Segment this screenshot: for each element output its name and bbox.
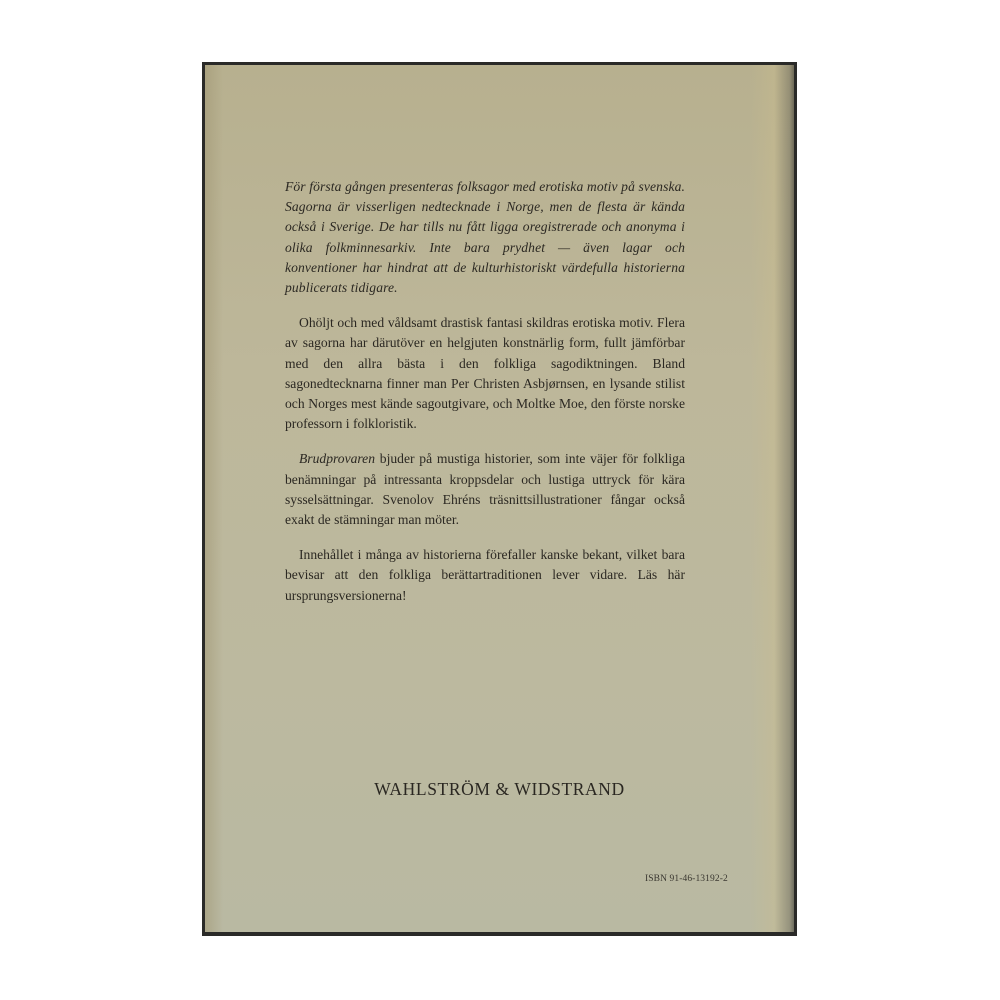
book-title: Brudprovaren (299, 451, 375, 466)
book-back-cover: För första gången presenteras folksagor … (202, 62, 797, 936)
closing-paragraph: Innehållet i många av historierna förefa… (285, 545, 685, 606)
isbn-number: ISBN 91-46-13192-2 (645, 874, 728, 884)
blurb-text: För första gången presenteras folksagor … (285, 177, 685, 621)
intro-paragraph: För första gången presenteras folksagor … (285, 177, 685, 298)
publisher-name: WAHLSTRÖM & WIDSTRAND (205, 779, 794, 800)
content-paragraph: Brudprovaren bjuder på mustiga historier… (285, 449, 685, 530)
description-paragraph: Ohöljt och med våldsamt drastisk fantasi… (285, 313, 685, 434)
